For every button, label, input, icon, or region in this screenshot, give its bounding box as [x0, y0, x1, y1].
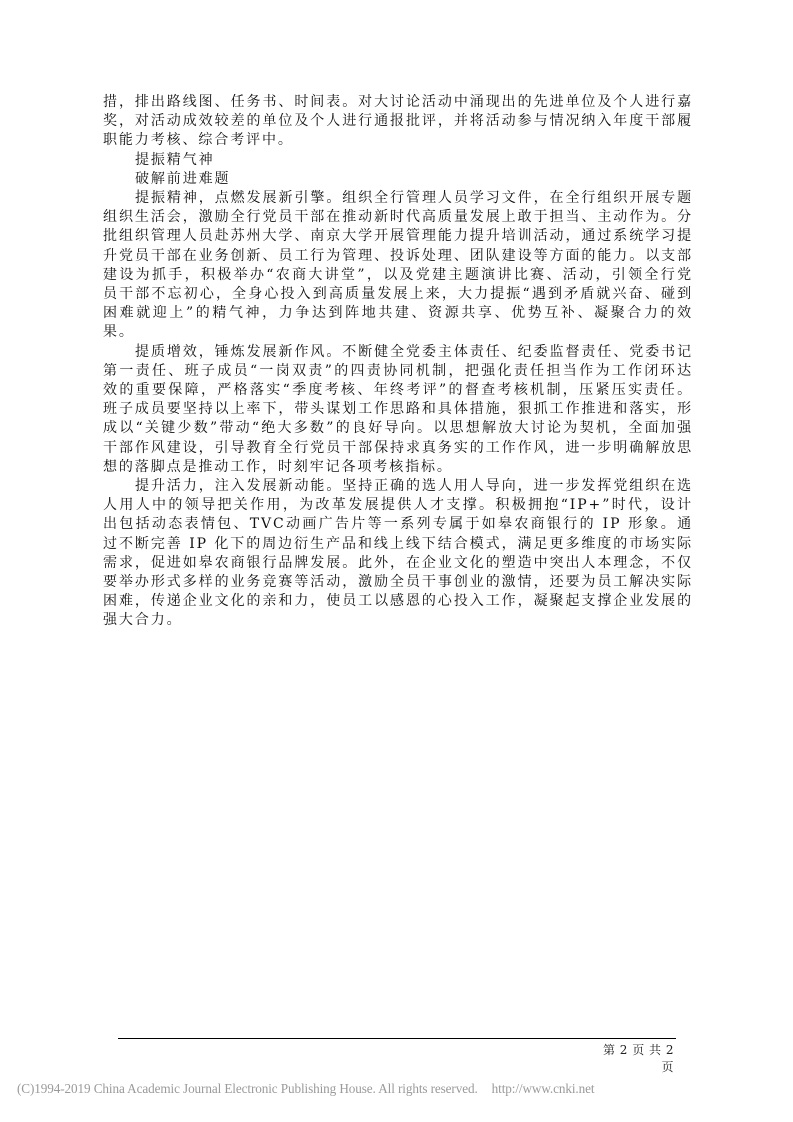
paragraph-improve-efficiency: 提质增效，锤炼发展新作风。不断健全党委主体责任、纪委监督责任、党委书记第一责任、… — [103, 343, 693, 477]
paragraph-enhance-vitality: 提升活力，注入发展新动能。坚持正确的选人用人导向，进一步发挥党组织在选人用人中的… — [103, 477, 693, 631]
copyright-notice: (C)1994-2019 China Academic Journal Elec… — [17, 1081, 777, 1097]
cnki-link[interactable]: http://www.cnki.net — [492, 1081, 595, 1096]
section-heading: 提振精气神 — [103, 151, 693, 170]
document-body: 措，排出路线图、任务书、时间表。对大讨论活动中涌现出的先进单位及个人进行嘉奖，对… — [103, 93, 693, 631]
paragraph-boost-spirit: 提振精神，点燃发展新引擎。组织全行管理人员学习文件，在全行组织开展专题组织生活会… — [103, 189, 693, 343]
footer-divider — [118, 1038, 676, 1039]
paragraph-continuation: 措，排出路线图、任务书、时间表。对大讨论活动中涌现出的先进单位及个人进行嘉奖，对… — [103, 93, 693, 151]
section-subheading: 破解前进难题 — [103, 170, 693, 189]
page-number: 第 2 页 共 2 页 — [594, 1041, 674, 1075]
copyright-text: (C)1994-2019 China Academic Journal Elec… — [17, 1081, 478, 1096]
